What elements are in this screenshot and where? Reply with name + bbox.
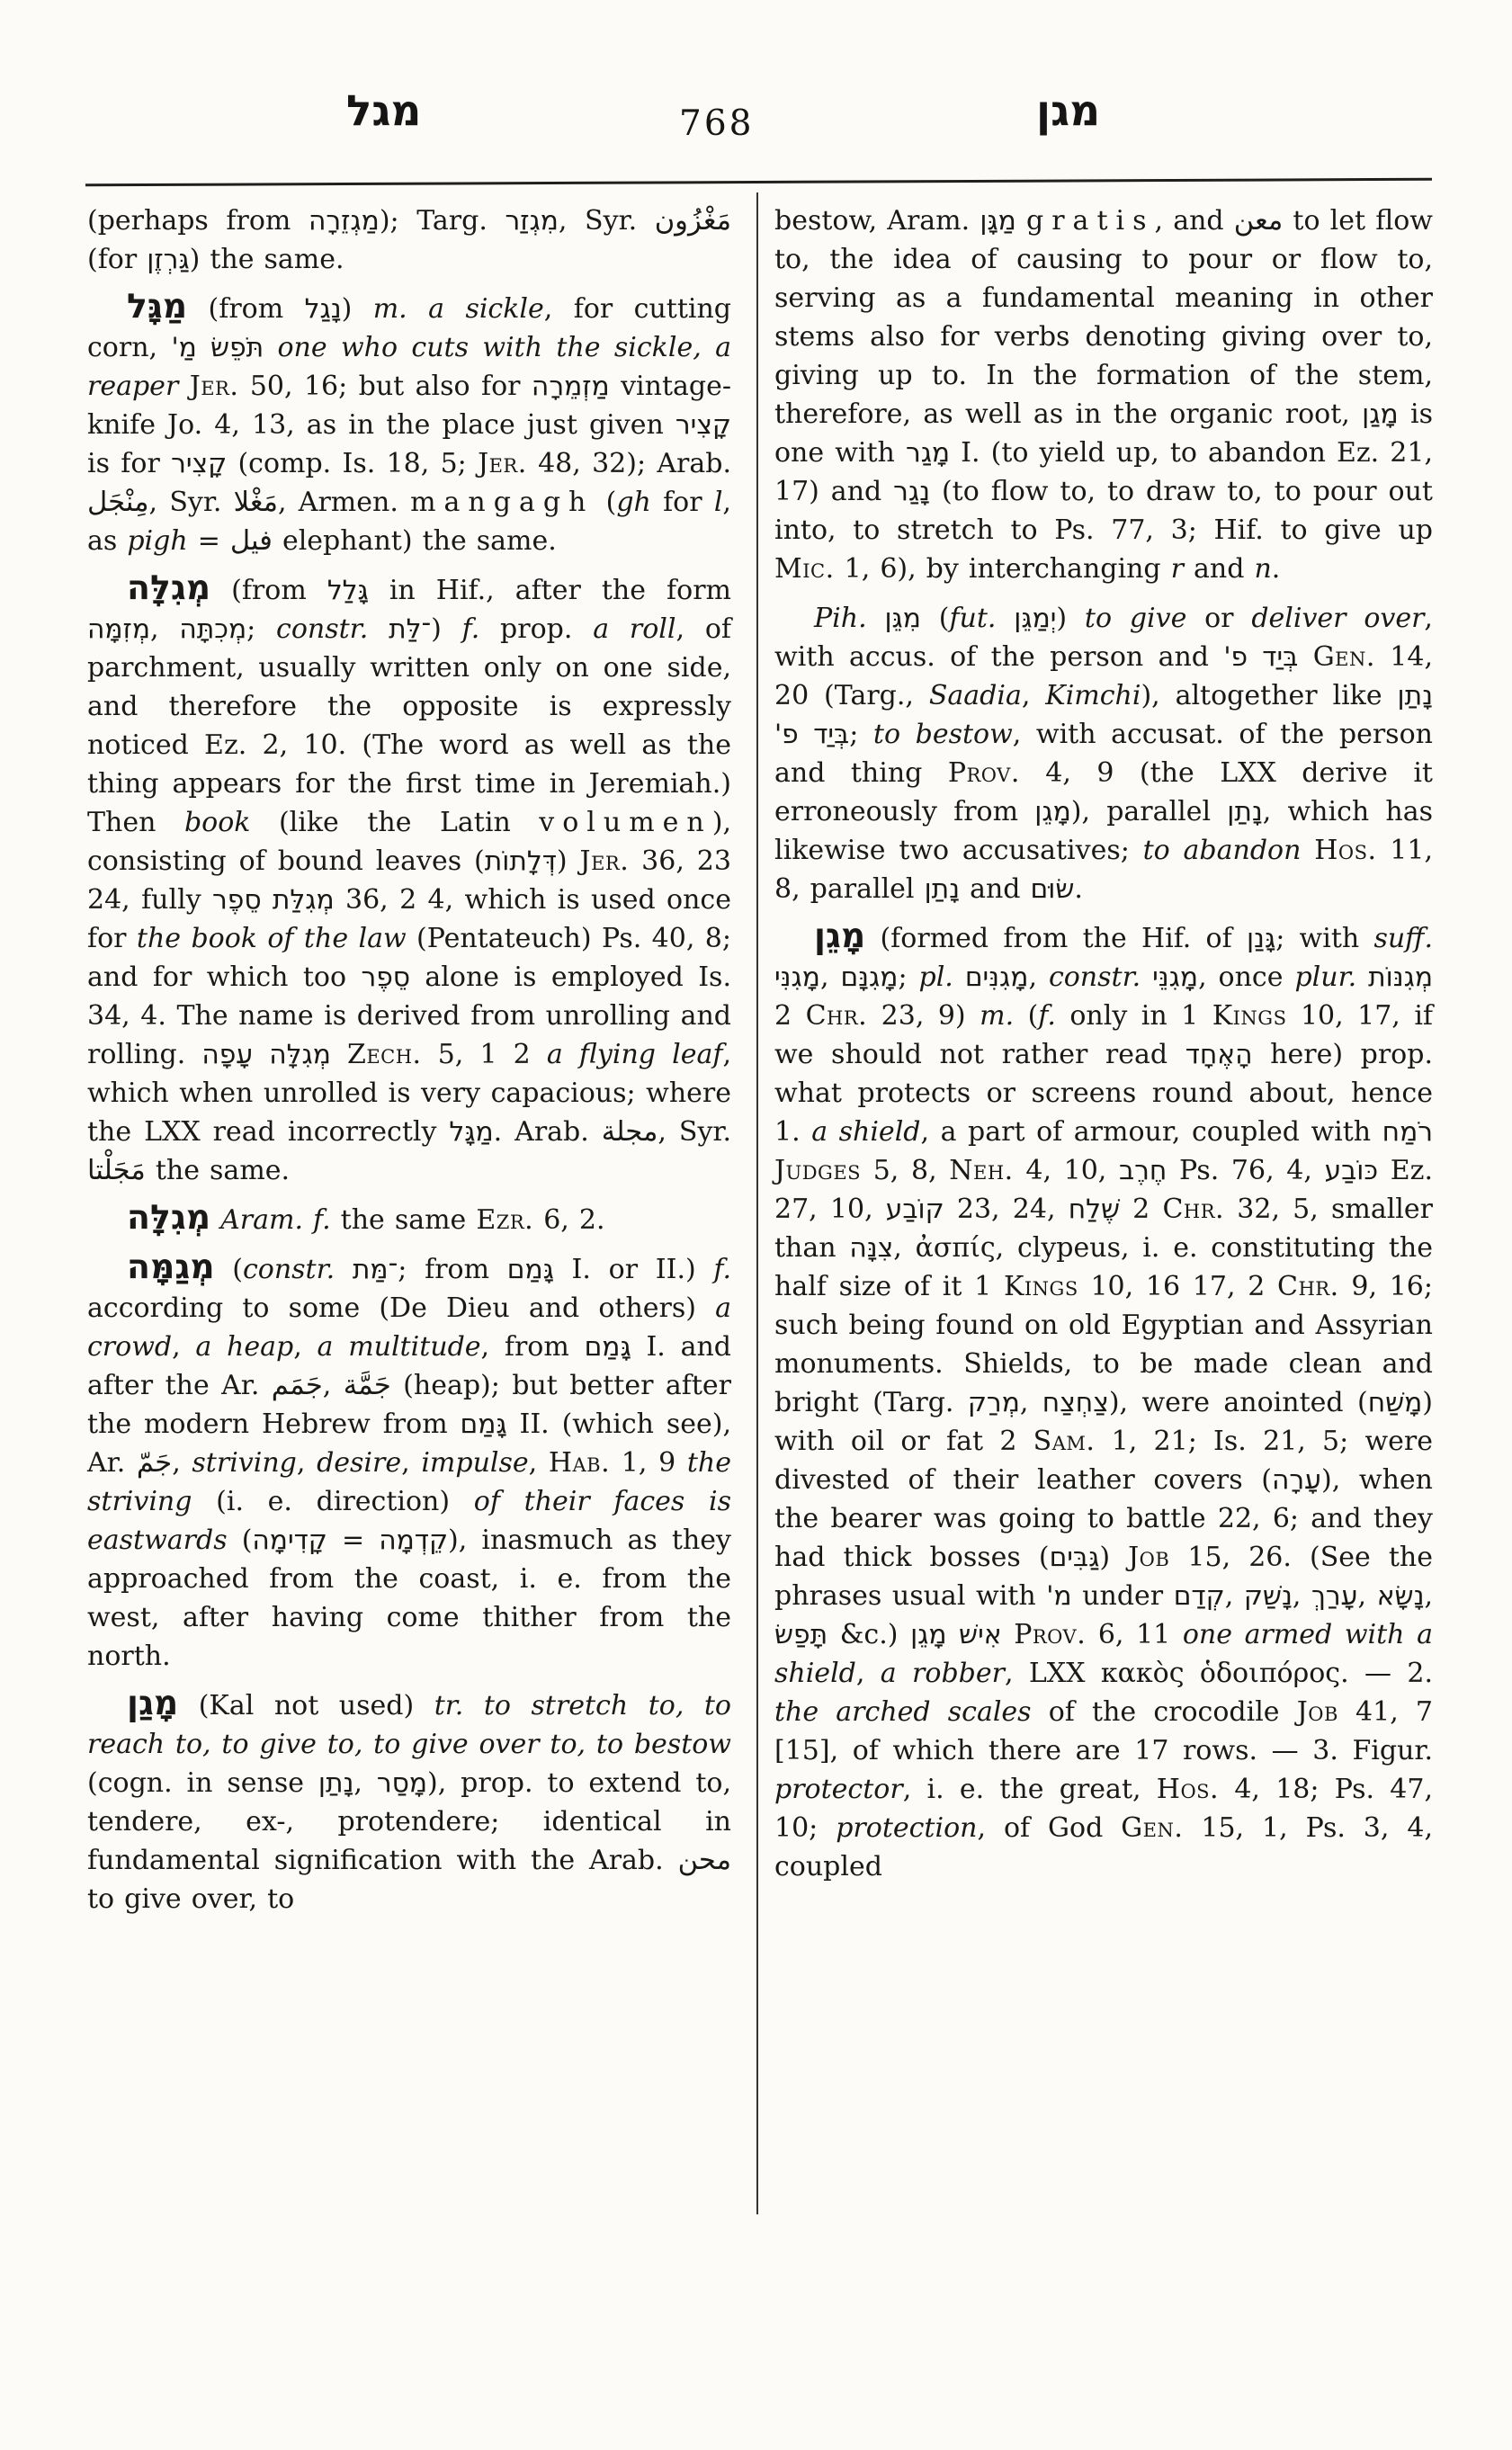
body-text: 2 bbox=[1120, 1194, 1162, 1225]
scripture-reference: Hos. bbox=[1157, 1774, 1219, 1805]
body-text: &c.) bbox=[828, 1619, 910, 1650]
italic-text: a multitude bbox=[318, 1331, 481, 1363]
hebrew-text: מָגַר bbox=[906, 437, 950, 469]
scripture-reference: Ezr. bbox=[476, 1204, 533, 1236]
body-text: 1, 9 bbox=[610, 1447, 687, 1479]
body-text: ; bbox=[898, 961, 918, 993]
scripture-reference: Jer. bbox=[478, 448, 527, 479]
body-text: , of parchment, usually written only on … bbox=[87, 613, 731, 838]
body-text: 1, 6), by interchanging bbox=[835, 553, 1171, 585]
body-text: to let flow to, the idea of causing to p… bbox=[774, 205, 1433, 430]
hebrew-text: רֹמַח bbox=[1382, 1116, 1433, 1148]
hebrew-text: סֵפֶר bbox=[361, 961, 410, 993]
hebrew-text: גַּבִּים bbox=[1050, 1542, 1100, 1573]
scripture-reference: Chr. bbox=[1162, 1194, 1224, 1225]
body-text: , bbox=[1020, 1387, 1042, 1418]
arabic-text: جَمَم bbox=[272, 1370, 323, 1401]
body-text: 5, 8, bbox=[861, 1155, 949, 1186]
body-text: 23, 9) bbox=[867, 1000, 980, 1032]
italic-text: constr. bbox=[1049, 961, 1141, 993]
hebrew-headword: מְגִלָּה bbox=[127, 568, 210, 607]
italic-text: constr. bbox=[276, 613, 368, 645]
body-text: . bbox=[1272, 553, 1281, 585]
italic-text: l bbox=[714, 487, 723, 518]
body-text: (Kal not used) bbox=[178, 1690, 434, 1721]
letterspaced-text: mangagh bbox=[410, 487, 594, 518]
scripture-reference: Prov. bbox=[948, 757, 1020, 789]
hebrew-text: גַּרְזֶן bbox=[147, 244, 189, 275]
italic-text: to abandon bbox=[1143, 835, 1302, 866]
body-text: , bbox=[529, 1447, 549, 1479]
hebrew-headword: מַגָּל bbox=[127, 286, 187, 326]
hebrew-text: נָשַׁק bbox=[1244, 1580, 1293, 1612]
body-text: , i. e. the great, bbox=[903, 1774, 1157, 1805]
hebrew-text: מַגָּן bbox=[980, 205, 1016, 237]
scripture-reference: Chr. bbox=[1277, 1271, 1339, 1302]
hebrew-headword: מְגַמָּה bbox=[127, 1247, 215, 1286]
arabic-text: مَجَلْتا bbox=[87, 1155, 146, 1186]
hebrew-text: קְדַם bbox=[1174, 1580, 1225, 1612]
body-text: , of God bbox=[977, 1812, 1121, 1844]
hebrew-text: עָרַךְ bbox=[1311, 1580, 1358, 1612]
italic-text: a heap bbox=[195, 1331, 293, 1363]
italic-text: r bbox=[1171, 553, 1184, 585]
body-text: ) bbox=[431, 613, 462, 645]
hebrew-text: מַגָּל bbox=[449, 1116, 493, 1148]
body-text: 50, 16; but also for bbox=[238, 371, 532, 402]
hebrew-text: נָתַן bbox=[1227, 796, 1263, 827]
body-text: , bbox=[1028, 961, 1049, 993]
hebrew-text: נָתַן bbox=[318, 1767, 354, 1799]
hebrew-text: אִישׁ מָגֵן bbox=[910, 1619, 1002, 1650]
hebrew-text: חֶרֶב bbox=[1119, 1155, 1167, 1186]
body-text: , LXX bbox=[1005, 1658, 1101, 1689]
italic-text: Kimchi bbox=[1045, 680, 1141, 711]
italic-text: to bestow bbox=[873, 719, 1013, 750]
scripture-reference: Kings bbox=[1004, 1271, 1078, 1302]
hebrew-text: מִגֵּן bbox=[884, 603, 921, 634]
body-text: the same. bbox=[146, 1155, 290, 1186]
scripture-reference: Jer. bbox=[190, 371, 239, 402]
body-text: , Syr. bbox=[658, 1116, 731, 1148]
hebrew-text: מָשַׁח bbox=[1368, 1387, 1423, 1418]
italic-text: n bbox=[1254, 553, 1271, 585]
hebrew-text: צִנָּה bbox=[849, 1232, 893, 1264]
body-text: , bbox=[401, 1447, 421, 1479]
scripture-reference: Mic. bbox=[774, 553, 835, 585]
hebrew-text: יְמַגֵּן bbox=[1014, 603, 1056, 634]
scripture-reference: Zech. bbox=[347, 1039, 422, 1070]
body-text bbox=[867, 603, 885, 634]
italic-text: a robber bbox=[881, 1658, 1005, 1689]
body-text: , bbox=[1424, 1580, 1433, 1612]
scripture-reference: Hab. bbox=[549, 1447, 610, 1479]
body-text: to give over, to bbox=[87, 1883, 294, 1915]
hebrew-text: מְרַק bbox=[968, 1387, 1020, 1418]
body-text bbox=[1141, 961, 1152, 993]
hebrew-text: נָגַר bbox=[893, 476, 930, 507]
italic-text: protection bbox=[836, 1812, 977, 1844]
body-text bbox=[331, 1039, 347, 1070]
body-text: of the crocodile bbox=[1032, 1696, 1297, 1728]
body-text: ) the same. bbox=[190, 244, 344, 275]
body-text: , bbox=[172, 1447, 192, 1479]
column-right: bestow, Aram. מַגָּן gratis, and معن to … bbox=[774, 201, 1433, 1886]
body-text: . Arab. bbox=[494, 1116, 602, 1148]
hebrew-headword: מָגַן bbox=[127, 1683, 178, 1722]
italic-text: gh bbox=[616, 487, 651, 518]
hebrew-text: מַזְמֵרָה bbox=[532, 371, 610, 402]
hebrew-text: קָצִיר bbox=[675, 409, 731, 441]
body-text bbox=[463, 1690, 484, 1721]
body-text: 5, 1 2 bbox=[422, 1039, 547, 1070]
italic-text: f. bbox=[462, 613, 480, 645]
entry-paragraph: Pih. מִגֵּן (fut. יְמַגֵּן) to give or d… bbox=[774, 599, 1433, 908]
hebrew-text: נָשָׂא bbox=[1377, 1580, 1425, 1612]
body-text bbox=[1002, 1619, 1015, 1650]
body-text: according to some (De Dieu and others) bbox=[87, 1292, 715, 1324]
body-text: (from bbox=[210, 575, 327, 606]
hebrew-text: בְּיַד פ' bbox=[1223, 641, 1298, 673]
hebrew-text: ־מַּת bbox=[353, 1254, 398, 1285]
hebrew-text: תָּפַשׂ bbox=[774, 1619, 828, 1650]
hebrew-text: תֹּפֵשׂ מַ' bbox=[171, 332, 264, 363]
body-text: ), were anointed ( bbox=[1109, 1387, 1368, 1418]
body-text: , and bbox=[1155, 205, 1234, 237]
body-text: , bbox=[1358, 1580, 1377, 1612]
page-number: 768 bbox=[679, 106, 754, 141]
hebrew-text: קָצִיר bbox=[171, 448, 227, 479]
column-divider-rule bbox=[756, 192, 758, 2214]
italic-text: plur. bbox=[1294, 961, 1356, 993]
body-text: is for bbox=[87, 448, 171, 479]
body-text: . bbox=[1074, 873, 1083, 905]
lexicon-page-scan: מגל 768 מגן (perhaps from מַגְזֵרָה); Ta… bbox=[0, 0, 1512, 2450]
hebrew-text: שׂוּם bbox=[1031, 873, 1075, 905]
italic-text: constr. bbox=[243, 1254, 335, 1285]
entry-paragraph: מָגֵן (formed from the Hif. of גָּנַן; w… bbox=[774, 919, 1433, 1886]
body-text: Ps. 76, 4, bbox=[1167, 1155, 1324, 1186]
italic-text: m. bbox=[980, 1000, 1014, 1032]
hebrew-text: גָּמַם bbox=[461, 1408, 507, 1440]
hebrew-text: מָגִנָּם bbox=[840, 961, 898, 993]
body-text: ( bbox=[228, 1525, 253, 1556]
body-text bbox=[368, 613, 389, 645]
arabic-text: معن bbox=[1234, 205, 1283, 237]
scripture-reference: Neh. bbox=[949, 1155, 1013, 1186]
body-text: , bbox=[893, 1232, 915, 1264]
italic-text: fut. bbox=[949, 603, 996, 634]
body-text: I. or II.) bbox=[554, 1254, 714, 1285]
italic-text: f. bbox=[1038, 1000, 1056, 1032]
hebrew-text: מָגִנִּים bbox=[965, 961, 1029, 993]
body-text: ( bbox=[921, 603, 950, 634]
arabic-text: جَمَّة bbox=[344, 1370, 391, 1401]
body-text: ), altogether like bbox=[1141, 680, 1397, 711]
letterspaced-text: gratis bbox=[1026, 205, 1154, 237]
body-text: , bbox=[293, 1331, 317, 1363]
italic-text: striving bbox=[192, 1447, 296, 1479]
arabic-text: محن bbox=[678, 1845, 731, 1876]
body-text bbox=[264, 332, 277, 363]
body-text: (from bbox=[187, 293, 305, 325]
scripture-reference: Job bbox=[1128, 1542, 1169, 1573]
entry-paragraph: מַגָּל (from נָגַל) m. a sickle, for cut… bbox=[87, 290, 731, 560]
hebrew-text: גָּמַם bbox=[585, 1331, 631, 1363]
italic-text: suff. bbox=[1373, 923, 1433, 954]
hebrew-text: מַגְזֵרָה bbox=[309, 205, 380, 237]
italic-text: f. bbox=[713, 1254, 731, 1285]
scripture-reference: Kings bbox=[1212, 1000, 1287, 1032]
scripture-reference: Job bbox=[1297, 1696, 1338, 1728]
body-text bbox=[1016, 205, 1026, 237]
body-text bbox=[953, 961, 965, 993]
body-text: , Syr. bbox=[559, 205, 655, 237]
column-left: (perhaps from מַגְזֵרָה); Targ. מִגְזַר,… bbox=[87, 201, 731, 1918]
body-text bbox=[1356, 961, 1368, 993]
body-text: = bbox=[188, 525, 230, 557]
italic-text: a roll bbox=[593, 613, 675, 645]
arabic-text: جَمّ bbox=[137, 1447, 172, 1479]
hebrew-text: קוֹבַע bbox=[886, 1194, 944, 1225]
hebrew-text: שֶׁלַח bbox=[1069, 1194, 1120, 1225]
body-text: ; bbox=[246, 613, 276, 645]
italic-text: Saadia bbox=[929, 680, 1022, 711]
entry-paragraph: מָגַן (Kal not used) tr. to stretch to, … bbox=[87, 1686, 731, 1918]
hebrew-text: מָגִנִּי bbox=[774, 961, 820, 993]
body-text: ( bbox=[215, 1254, 243, 1285]
letterspaced-text: volumen bbox=[539, 807, 711, 838]
hebrew-text: מְגִלַּת סֵפֶר bbox=[212, 884, 335, 916]
scripture-reference: Sam. bbox=[1033, 1426, 1096, 1457]
hebrew-text: קָדִימָה bbox=[252, 1525, 327, 1556]
body-text bbox=[210, 1204, 220, 1236]
body-text: 23, 24, bbox=[944, 1194, 1069, 1225]
hebrew-text: נָגַל bbox=[305, 293, 342, 325]
hebrew-text: מ' bbox=[1046, 1580, 1071, 1612]
body-text: prop. bbox=[479, 613, 593, 645]
header-rule bbox=[85, 178, 1432, 187]
body-text: 48, 32); Arab. bbox=[527, 448, 731, 479]
body-text: , Armen. bbox=[278, 487, 410, 518]
body-text: , bbox=[856, 1658, 881, 1689]
scripture-reference: Judges bbox=[774, 1155, 861, 1186]
body-text: or bbox=[1186, 603, 1251, 634]
body-text bbox=[1298, 641, 1312, 673]
body-text: under bbox=[1072, 1580, 1174, 1612]
hebrew-text: מָגִנֵּי bbox=[1152, 961, 1198, 993]
body-text: , bbox=[1022, 680, 1045, 711]
body-text: , once bbox=[1198, 961, 1294, 993]
scripture-reference: Gen. bbox=[1313, 641, 1375, 673]
arabic-text: مَغْلا bbox=[234, 487, 278, 518]
body-text: , from bbox=[481, 1331, 585, 1363]
hebrew-text: גָּמַם bbox=[507, 1254, 554, 1285]
body-text: the same bbox=[331, 1204, 477, 1236]
body-text: ; from bbox=[398, 1254, 506, 1285]
hebrew-text: מְזִמָּה bbox=[87, 613, 150, 645]
body-text: ; with bbox=[1275, 923, 1373, 954]
entry-paragraph: bestow, Aram. מַגָּן gratis, and معن to … bbox=[774, 201, 1433, 588]
body-text bbox=[1301, 835, 1314, 866]
body-text: , bbox=[1225, 1580, 1244, 1612]
body-text: in Hif., after the form bbox=[369, 575, 731, 606]
hebrew-text: קֵדְמָה bbox=[379, 1525, 448, 1556]
hebrew-text: מְגִנּוֹת bbox=[1368, 961, 1433, 993]
italic-text: Pih. bbox=[814, 603, 867, 634]
scripture-reference: Jer. bbox=[580, 845, 630, 877]
hebrew-text: דְּלָתוֹת bbox=[485, 845, 557, 877]
body-text: ; bbox=[849, 719, 873, 750]
body-text: , bbox=[297, 1447, 317, 1479]
body-text: 10, 16 17, 2 bbox=[1078, 1271, 1277, 1302]
body-text: (perhaps from bbox=[87, 205, 309, 237]
italic-text: tr. bbox=[434, 1690, 464, 1721]
body-text: and bbox=[1184, 553, 1254, 585]
hebrew-text: צַחְצַח bbox=[1042, 1387, 1109, 1418]
entry-paragraph: מְגִלָּה Aram. f. the same Ezr. 6, 2. bbox=[87, 1201, 731, 1239]
italic-text: the book of the law bbox=[137, 923, 407, 954]
body-text: bestow, Aram. bbox=[774, 205, 980, 237]
hebrew-text: מָגַן bbox=[1362, 398, 1399, 430]
arabic-text: مَغْزُون bbox=[655, 205, 731, 237]
body-text: (for bbox=[87, 244, 147, 275]
body-text: , bbox=[353, 1767, 376, 1799]
body-text: elephant) the same. bbox=[273, 525, 557, 557]
body-text: 2 bbox=[774, 1000, 806, 1032]
greek-text: ἀσπίς bbox=[916, 1232, 996, 1264]
hebrew-text: מְגִלָּה עָפָה bbox=[201, 1039, 331, 1070]
scripture-reference: Hos. bbox=[1314, 835, 1376, 866]
body-text: (comp. Is. 18, 5; bbox=[227, 448, 478, 479]
scripture-reference: Prov. bbox=[1014, 1619, 1086, 1650]
scripture-reference: Chr. bbox=[806, 1000, 868, 1032]
body-text: ) bbox=[342, 293, 373, 325]
body-text: 6, 11 bbox=[1086, 1619, 1183, 1650]
body-text: , bbox=[820, 961, 841, 993]
body-text bbox=[996, 603, 1014, 634]
entry-paragraph: מְגַמָּה (constr. ־מַּת; from גָּמַם I. … bbox=[87, 1250, 731, 1676]
body-text: ( bbox=[1014, 1000, 1038, 1032]
italic-text: pl. bbox=[919, 961, 953, 993]
hebrew-text: מְכִתָּה bbox=[179, 613, 246, 645]
body-text: , Syr. bbox=[149, 487, 234, 518]
hebrew-text: גָּנַן bbox=[1247, 923, 1275, 954]
hebrew-text: מִגְזַר bbox=[505, 205, 558, 237]
italic-text: desire bbox=[317, 1447, 401, 1479]
greek-text: κακὸς ὁδοιπόρος bbox=[1101, 1658, 1340, 1689]
arabic-text: مجلة bbox=[602, 1116, 658, 1148]
italic-text: m. a sickle bbox=[373, 293, 544, 325]
italic-text: to give bbox=[1085, 603, 1186, 634]
hebrew-headword: מָגֵן bbox=[814, 916, 865, 955]
body-text: 4, 10, bbox=[1014, 1155, 1119, 1186]
body-text: and bbox=[960, 873, 1030, 905]
italic-text: the arched scales bbox=[774, 1696, 1032, 1728]
body-text: (formed from the Hif. of bbox=[865, 923, 1247, 954]
body-text: , bbox=[1293, 1580, 1311, 1612]
italic-text: deliver over bbox=[1251, 603, 1424, 634]
body-text: ); Targ. bbox=[380, 205, 505, 237]
arabic-text: مِنْجَل bbox=[87, 487, 149, 518]
hebrew-text: נָתַן bbox=[925, 873, 961, 905]
arabic-text: فيل bbox=[230, 525, 273, 557]
entry-paragraph: (perhaps from מַגְזֵרָה); Targ. מִגְזַר,… bbox=[87, 201, 731, 279]
body-text: (like the Latin bbox=[250, 807, 539, 838]
body-text: ), parallel bbox=[1071, 796, 1228, 827]
body-text: (cogn. in sense bbox=[87, 1767, 318, 1799]
body-text bbox=[335, 1254, 353, 1285]
italic-text: impulse bbox=[421, 1447, 528, 1479]
italic-text: a shield bbox=[811, 1116, 920, 1148]
body-text: , bbox=[150, 613, 179, 645]
body-text: . — 2. bbox=[1340, 1658, 1433, 1689]
hebrew-text: מָגֵן bbox=[1034, 796, 1071, 827]
body-text: (i. e. direction) bbox=[192, 1486, 473, 1517]
body-text bbox=[178, 371, 189, 402]
hebrew-text: עָרָה bbox=[1272, 1464, 1321, 1496]
hebrew-headword: מְגִלָּה bbox=[127, 1197, 210, 1237]
hebrew-text: מָסַר bbox=[377, 1767, 427, 1799]
scripture-reference: Gen. bbox=[1121, 1812, 1183, 1844]
hebrew-text: גָּלַל bbox=[327, 575, 369, 606]
body-text: , bbox=[323, 1370, 344, 1401]
header-keyword-left: מגל bbox=[346, 90, 421, 132]
italic-text: book bbox=[184, 807, 251, 838]
body-text: ) bbox=[1099, 1542, 1128, 1573]
header-keyword-right: מגן bbox=[1036, 90, 1100, 132]
body-text: only in 1 bbox=[1056, 1000, 1212, 1032]
italic-text: pigh bbox=[127, 525, 187, 557]
italic-text: a flying leaf bbox=[547, 1039, 723, 1070]
entry-paragraph: מְגִלָּה (from גָּלַל in Hif., after the… bbox=[87, 571, 731, 1190]
body-text: , bbox=[172, 1331, 195, 1363]
body-text: 6, 2. bbox=[533, 1204, 604, 1236]
italic-text: protector bbox=[774, 1774, 903, 1805]
body-text: = bbox=[327, 1525, 379, 1556]
hebrew-text: ־לַּת bbox=[389, 613, 431, 645]
body-text: ) bbox=[1056, 603, 1085, 634]
italic-text: Aram. f. bbox=[220, 1204, 330, 1236]
body-text: ) bbox=[557, 845, 580, 877]
body-text: ( bbox=[594, 487, 616, 518]
body-text: , a part of armour, coupled with bbox=[921, 1116, 1382, 1148]
hebrew-text: כּוֹבַע bbox=[1325, 1155, 1379, 1186]
hebrew-text: הָאֶחָד bbox=[1185, 1039, 1253, 1070]
body-text: for bbox=[651, 487, 714, 518]
